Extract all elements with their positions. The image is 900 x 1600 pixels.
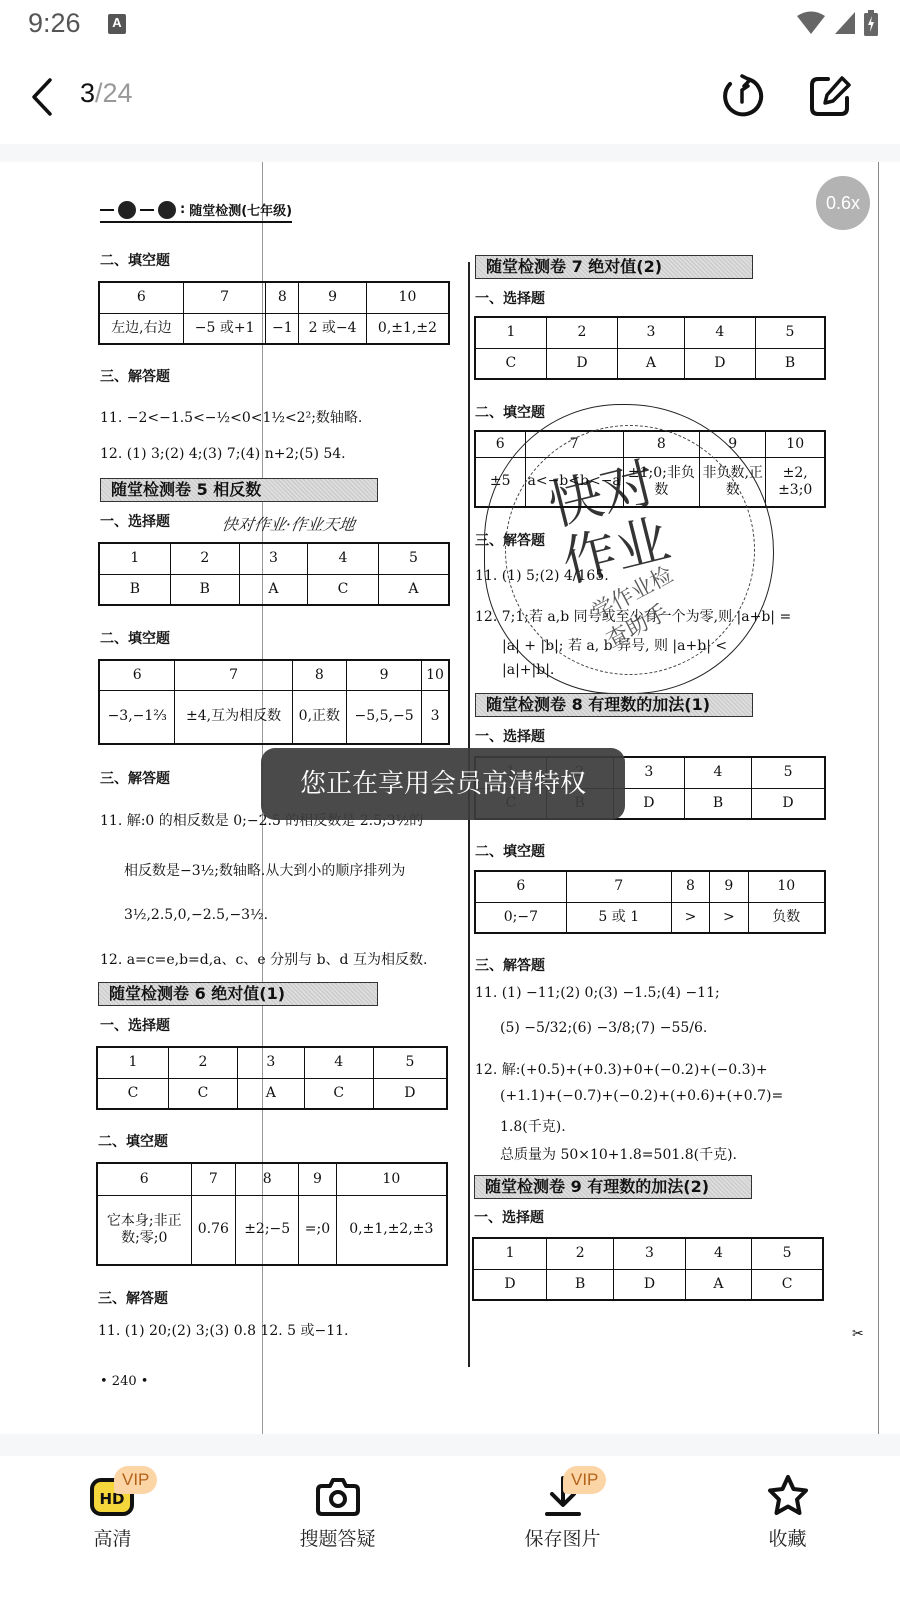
chevron-left-icon (24, 72, 64, 122)
notification-a-icon: A (108, 14, 126, 34)
running-head: :随堂检测(七年级) (100, 200, 292, 223)
answer-table: 678910 ±5a<−b<b<−a±1;0;非负数非负数,正数±2,±3;0 (474, 430, 826, 508)
cell-signal-icon (834, 11, 856, 35)
page-edge (878, 162, 879, 1434)
decor-dot-icon (118, 201, 136, 219)
top-bar: 3/24 (0, 50, 900, 144)
camera-icon (314, 1472, 362, 1520)
answer-line: 11. −2<−1.5<−½<0<1½<2²;数轴略. (100, 407, 362, 427)
save-image-button[interactable]: VIP 保存图片 (450, 1456, 675, 1600)
answer-line: 12. (1) 3;(2) 4;(3) 7;(4) n+2;(5) 54. (100, 446, 346, 462)
section-title: 三、解答题 (475, 955, 545, 975)
section-title: 一、选择题 (474, 1207, 544, 1227)
answer-line: |a| + |b|; 若 a, b 异号, 则 |a+b| < (502, 635, 727, 655)
zoom-level-badge[interactable]: 0.6x (816, 176, 870, 230)
answer-line: (+1.1)+(−0.7)+(−0.2)+(+0.6)+(+0.7)= (500, 1088, 783, 1104)
hd-button[interactable]: HD VIP 高清 (0, 1456, 225, 1600)
vip-badge: VIP (563, 1466, 606, 1494)
wifi-icon (796, 11, 826, 35)
answer-line: 12. a=c=e,b=d,a、c、e 分别与 b、d 互为相反数. (100, 949, 427, 969)
section-title: 三、解答题 (98, 1288, 168, 1308)
back-button[interactable] (24, 72, 64, 122)
test-banner: 随堂检测卷 7 绝对值(2) (475, 255, 753, 279)
bottom-toolbar: HD VIP 高清 搜题答疑 VIP 保存图片 收藏 (0, 1456, 900, 1600)
section-title: 一、选择题 (100, 511, 170, 531)
answer-line: 12. 解:(+0.5)+(+0.3)+0+(−0.2)+(−0.3)+ (475, 1059, 768, 1079)
page-number: • 240 • (100, 1374, 148, 1389)
answer-table: 12345 DBDAC (472, 1237, 824, 1301)
answer-line: 总质量为 50×10+1.8=501.8(千克). (500, 1144, 737, 1164)
section-title: 二、填空题 (475, 841, 545, 861)
answer-line: 12. 7;1;若 a,b 同号或至少有一个为零,则 |a+b| = (475, 606, 791, 626)
status-icons (796, 10, 878, 36)
status-time: 9:26 (28, 8, 81, 39)
total-pages: /24 (95, 78, 133, 108)
decor-dot-icon (158, 201, 176, 219)
test-banner: 随堂检测卷 8 有理数的加法(1) (475, 693, 753, 717)
search-question-button[interactable]: 搜题答疑 (225, 1456, 450, 1600)
favorite-button[interactable]: 收藏 (675, 1456, 900, 1600)
section-title: 三、解答题 (100, 768, 170, 788)
section-title: 二、填空题 (475, 402, 545, 422)
section-title: 三、解答题 (475, 530, 545, 550)
answer-table: 12345 BBACA (98, 542, 450, 606)
rotate-button[interactable] (718, 72, 766, 120)
answer-line: 11. (1) 20;(2) 3;(3) 0.8 12. 5 或−11. (98, 1320, 349, 1340)
section-title: 一、选择题 (475, 288, 545, 308)
answer-line: |a|+|b|. (502, 662, 554, 678)
rotate-icon (718, 72, 766, 120)
section-title: 一、选择题 (100, 1015, 170, 1035)
section-title: 二、填空题 (100, 250, 170, 270)
vip-badge: VIP (114, 1466, 157, 1494)
answer-table: 678910 它本身;非正数;零;00.76±2;−5=;00,±1,±2,±3 (96, 1162, 448, 1266)
vip-hd-toast: 您正在享用会员高清特权 (261, 748, 625, 820)
answer-table: 12345 CDADB (474, 316, 826, 380)
handwritten-note: 快对作业·作业天地 (220, 512, 356, 535)
answer-line: 1.8(千克). (500, 1116, 566, 1136)
section-title: 一、选择题 (475, 726, 545, 746)
test-banner: 随堂检测卷 6 绝对值(1) (98, 982, 378, 1006)
test-banner: 随堂检测卷 9 有理数的加法(2) (474, 1175, 752, 1199)
answer-table: 678910 −3,−1⅔±4,互为相反数0,正数−5,5,−53 (98, 659, 450, 745)
page-indicator: 3/24 (80, 78, 133, 109)
scissors-icon: ✂ (852, 1326, 864, 1342)
answer-line: 3½,2.5,0,−2.5,−3½. (124, 907, 268, 923)
answer-line: 11. (1) −11;(2) 0;(3) −1.5;(4) −11; (475, 985, 720, 1001)
edit-button[interactable] (806, 72, 854, 120)
answer-line: (5) −5/32;(6) −3/8;(7) −55/6. (500, 1020, 707, 1036)
section-title: 二、填空题 (100, 628, 170, 648)
star-icon (764, 1472, 812, 1520)
section-title: 三、解答题 (100, 366, 170, 386)
answer-table: 678910 0;−75 或 1>>负数 (474, 870, 826, 934)
status-bar: 9:26 A (0, 0, 900, 50)
answer-line: 相反数是−3½;数轴略.从大到小的顺序排列为 (124, 860, 405, 880)
test-banner: 随堂检测卷 5 相反数 (100, 478, 378, 502)
edit-icon (806, 72, 854, 120)
answer-table: 12345 CCACD (96, 1046, 448, 1110)
current-page: 3 (80, 78, 95, 108)
answer-table: 678910 左边,右边−5 或+1−12 或−40,±1,±2 (98, 281, 450, 345)
battery-charging-icon (864, 10, 878, 36)
section-title: 二、填空题 (98, 1131, 168, 1151)
answer-line: 11. (1) 5;(2) 4/165. (475, 568, 609, 584)
